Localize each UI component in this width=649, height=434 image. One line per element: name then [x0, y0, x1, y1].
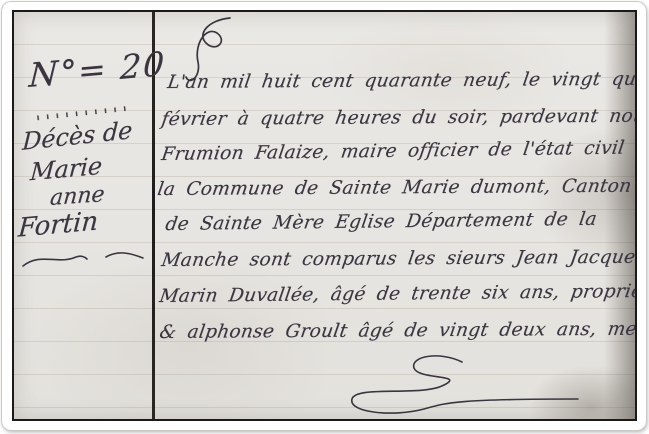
margin-flourish-icon [20, 248, 152, 274]
record-text-line: L'an mil huit cent quarante neuf, le vin… [166, 68, 637, 93]
record-text-line: Frumion Falaize, maire officier de l'éta… [160, 137, 637, 165]
record-number: N°= 20 [28, 44, 167, 95]
record-text-line: février à quatre heures du soir, pardeva… [160, 105, 637, 130]
margin-note-line: Fortin [17, 206, 99, 243]
record-text-line: & alphonse Groult âgé de vingt deux ans,… [158, 318, 637, 343]
record-text-line: la Commune de Sainte Marie dumont, Canto… [156, 176, 633, 200]
screenshot-stage: N°= 20 '''''''''' Décès de Marie anne Fo… [0, 0, 649, 434]
record-text-line: Manche sont comparus les sieurs Jean Jac… [160, 247, 637, 271]
record-text-line: de Sainte Mère Eglise Département de la [164, 209, 598, 235]
closing-flourish-icon [344, 354, 584, 416]
margin-note-line: Marie [29, 152, 103, 187]
record-text-line: Marin Duvallée, âgé de trente six ans, p… [158, 280, 637, 307]
document-scan: N°= 20 '''''''''' Décès de Marie anne Fo… [12, 10, 637, 421]
